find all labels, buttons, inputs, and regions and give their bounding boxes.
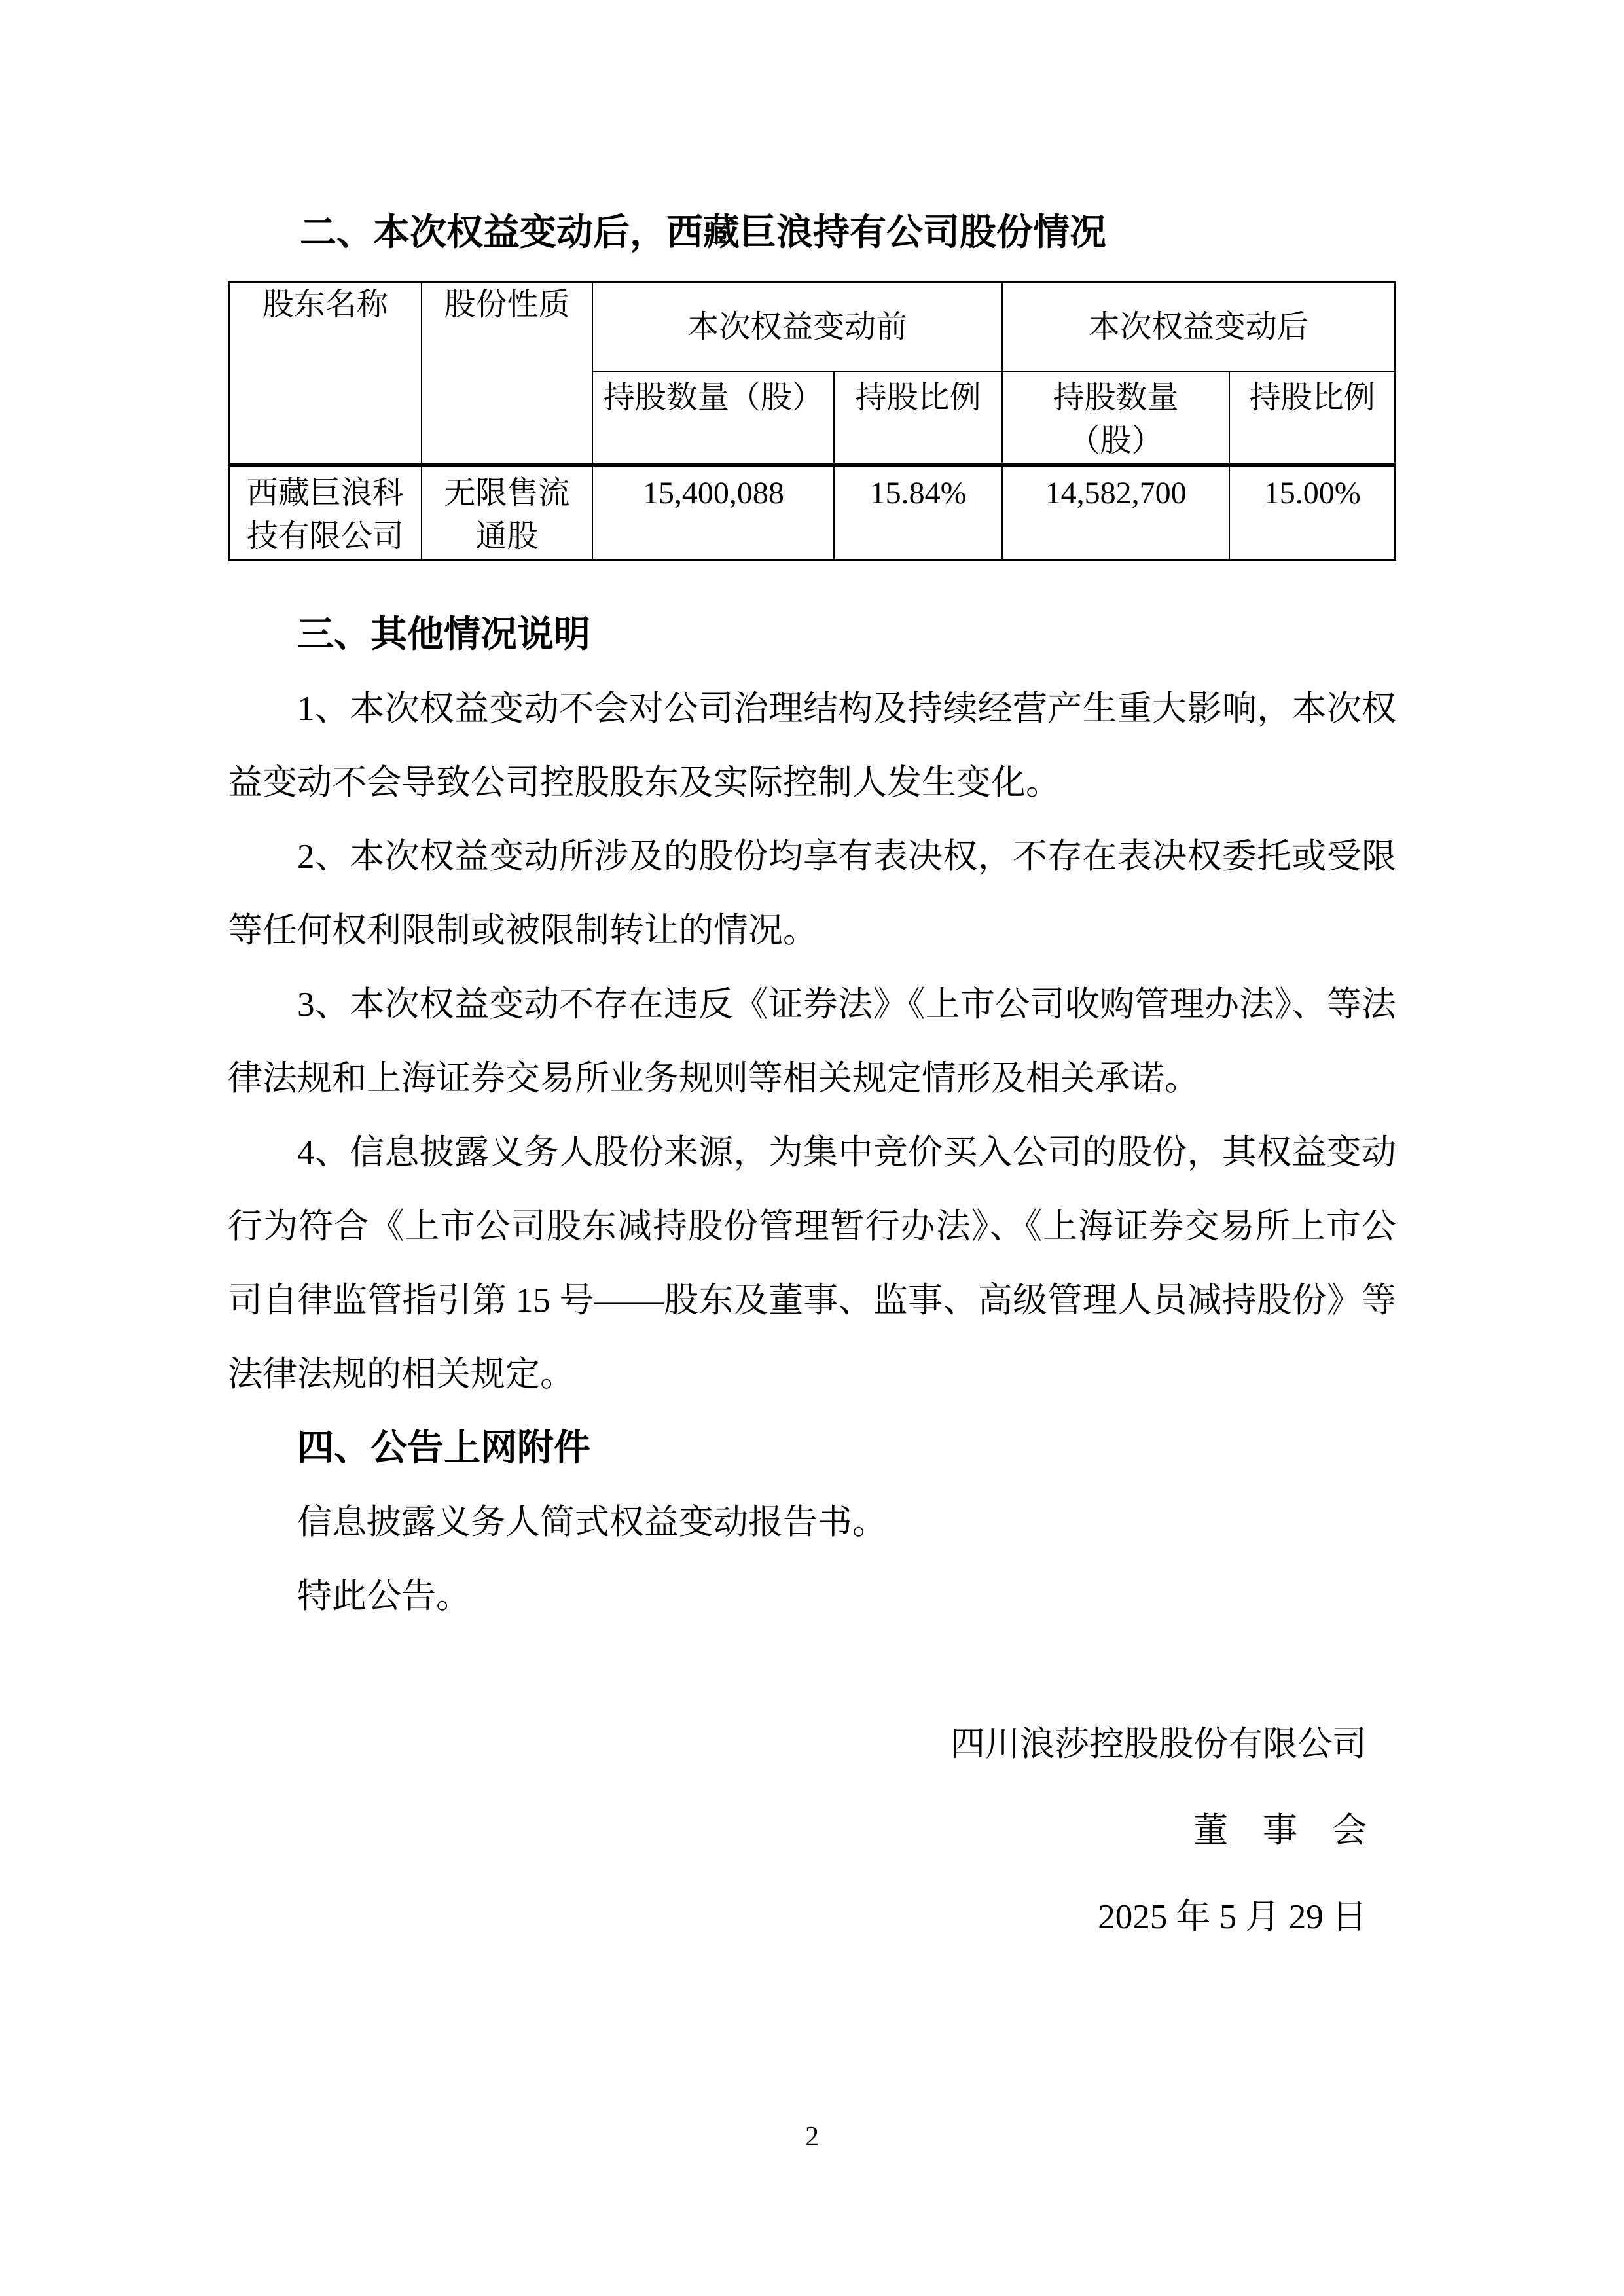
signature-company: 四川浪莎控股股份有限公司 bbox=[228, 1708, 1367, 1782]
section-2-heading: 二、本次权益变动后，西藏巨浪持有公司股份情况 bbox=[228, 196, 1396, 270]
signature-block: 四川浪莎控股股份有限公司 董 事 会 2025 年 5 月 29 日 bbox=[228, 1708, 1396, 1954]
cell-ratio-after: 15.00% bbox=[1229, 465, 1395, 560]
th-after-change-group: 本次权益变动后 bbox=[1002, 283, 1396, 372]
shareholding-table: 股东名称 股份性质 本次权益变动前 本次权益变动后 持股数量（股） 持股比例 持… bbox=[228, 281, 1396, 561]
th-ratio-after: 持股比例 bbox=[1229, 372, 1395, 465]
th-shareholder-name: 股东名称 bbox=[229, 283, 422, 465]
table-row: 西藏巨浪科技有限公司 无限售流 通股 15,400,088 15.84% 14,… bbox=[229, 465, 1396, 560]
th-before-change-group: 本次权益变动前 bbox=[592, 283, 1001, 372]
cell-qty-after: 14,582,700 bbox=[1002, 465, 1229, 560]
th-share-nature: 股份性质 bbox=[422, 283, 593, 465]
section-3-paragraph-3: 3、本次权益变动不存在违反《证券法》《上市公司收购管理办法》、等法律法规和上海证… bbox=[228, 968, 1396, 1116]
cell-qty-before: 15,400,088 bbox=[592, 465, 834, 560]
document-page: 二、本次权益变动后，西藏巨浪持有公司股份情况 股东名称 股份性质 本次权益变动前… bbox=[0, 0, 1624, 2296]
cell-ratio-before: 15.84% bbox=[834, 465, 1002, 560]
table-header-row-1: 股东名称 股份性质 本次权益变动前 本次权益变动后 bbox=[229, 283, 1396, 372]
section-4-paragraph-1: 信息披露义务人简式权益变动报告书。 bbox=[228, 1486, 1396, 1560]
section-3-heading: 三、其他情况说明 bbox=[228, 598, 1396, 672]
section-3-paragraph-4: 4、信息披露义务人股份来源，为集中竞价买入公司的股份，其权益变动行为符合《上市公… bbox=[228, 1116, 1396, 1412]
signature-board: 董 事 会 bbox=[228, 1794, 1367, 1868]
th-ratio-before: 持股比例 bbox=[834, 372, 1002, 465]
body-text: 三、其他情况说明 1、本次权益变动不会对公司治理结构及持续经营产生重大影响，本次… bbox=[228, 598, 1396, 1634]
section-4-paragraph-2: 特此公告。 bbox=[228, 1560, 1396, 1634]
document-content: 二、本次权益变动后，西藏巨浪持有公司股份情况 股东名称 股份性质 本次权益变动前… bbox=[0, 0, 1624, 1954]
th-qty-before: 持股数量（股） bbox=[592, 372, 834, 465]
th-qty-after: 持股数量 （股） bbox=[1002, 372, 1229, 465]
signature-date: 2025 年 5 月 29 日 bbox=[228, 1880, 1367, 1954]
section-4-heading: 四、公告上网附件 bbox=[228, 1412, 1396, 1486]
cell-share-nature: 无限售流 通股 bbox=[422, 465, 593, 560]
page-number: 2 bbox=[0, 2121, 1624, 2153]
cell-shareholder-name: 西藏巨浪科技有限公司 bbox=[229, 465, 422, 560]
section-3-paragraph-2: 2、本次权益变动所涉及的股份均享有表决权，不存在表决权委托或受限等任何权利限制或… bbox=[228, 820, 1396, 968]
section-3-paragraph-1: 1、本次权益变动不会对公司治理结构及持续经营产生重大影响，本次权益变动不会导致公… bbox=[228, 672, 1396, 820]
